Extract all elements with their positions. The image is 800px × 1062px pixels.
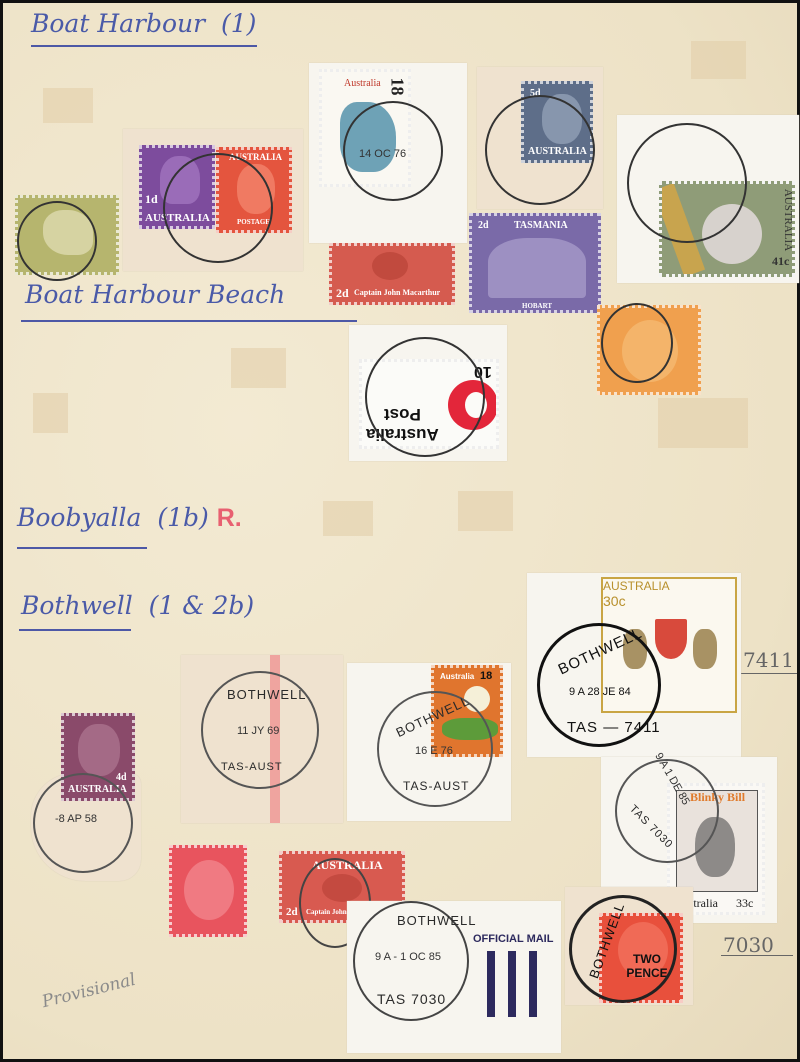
stamp-tasmania-2d: TASMANIA 2d HOBART bbox=[469, 213, 601, 313]
portrait bbox=[184, 860, 234, 920]
portrait bbox=[78, 724, 120, 776]
postmark bbox=[163, 153, 273, 263]
hinge-mark bbox=[458, 491, 513, 531]
underline bbox=[17, 547, 147, 549]
hinge-mark bbox=[691, 41, 746, 79]
official-mail-bar bbox=[508, 951, 516, 1017]
landscape-image bbox=[488, 238, 586, 298]
postcode-note: 7411 bbox=[743, 648, 794, 672]
hinge-mark bbox=[231, 348, 286, 388]
official-mail-bar bbox=[487, 951, 495, 1017]
ram-image bbox=[372, 252, 408, 280]
postmark bbox=[601, 303, 673, 383]
underline bbox=[31, 45, 257, 47]
hinge-mark bbox=[658, 398, 748, 448]
postcode-note: 7030 bbox=[723, 933, 774, 957]
section-heading-bothwell: Bothwell (1 & 2b) bbox=[21, 591, 254, 620]
section-heading-boat-harbour: Boat Harbour (1) bbox=[31, 9, 256, 38]
postmark bbox=[17, 201, 97, 281]
stamp-tasmania-red bbox=[169, 845, 247, 937]
section-heading-boat-harbour-beach: Boat Harbour Beach bbox=[25, 280, 285, 309]
official-mail-label: OFFICIAL MAIL bbox=[473, 933, 553, 945]
underline bbox=[21, 320, 357, 322]
hinge-mark bbox=[323, 501, 373, 536]
hinge-mark bbox=[33, 393, 68, 433]
official-mail-bar bbox=[529, 951, 537, 1017]
underline bbox=[721, 955, 793, 956]
pencil-note: Provisional bbox=[40, 970, 138, 1013]
shield bbox=[655, 619, 687, 659]
underline bbox=[741, 673, 797, 674]
postmark bbox=[365, 337, 485, 457]
hinge-mark bbox=[43, 88, 93, 123]
section-heading-boobyalla: Boobyalla (1b) R. bbox=[17, 503, 242, 533]
postmark bbox=[485, 95, 595, 205]
underline bbox=[19, 629, 131, 631]
album-page: Boat Harbour (1) Boat Harbour Beach Boob… bbox=[3, 3, 797, 1059]
thylacine-right bbox=[693, 629, 717, 669]
postmark bbox=[627, 123, 747, 243]
stamp-macarthur: 2d Captain John Macarthur bbox=[329, 243, 455, 305]
